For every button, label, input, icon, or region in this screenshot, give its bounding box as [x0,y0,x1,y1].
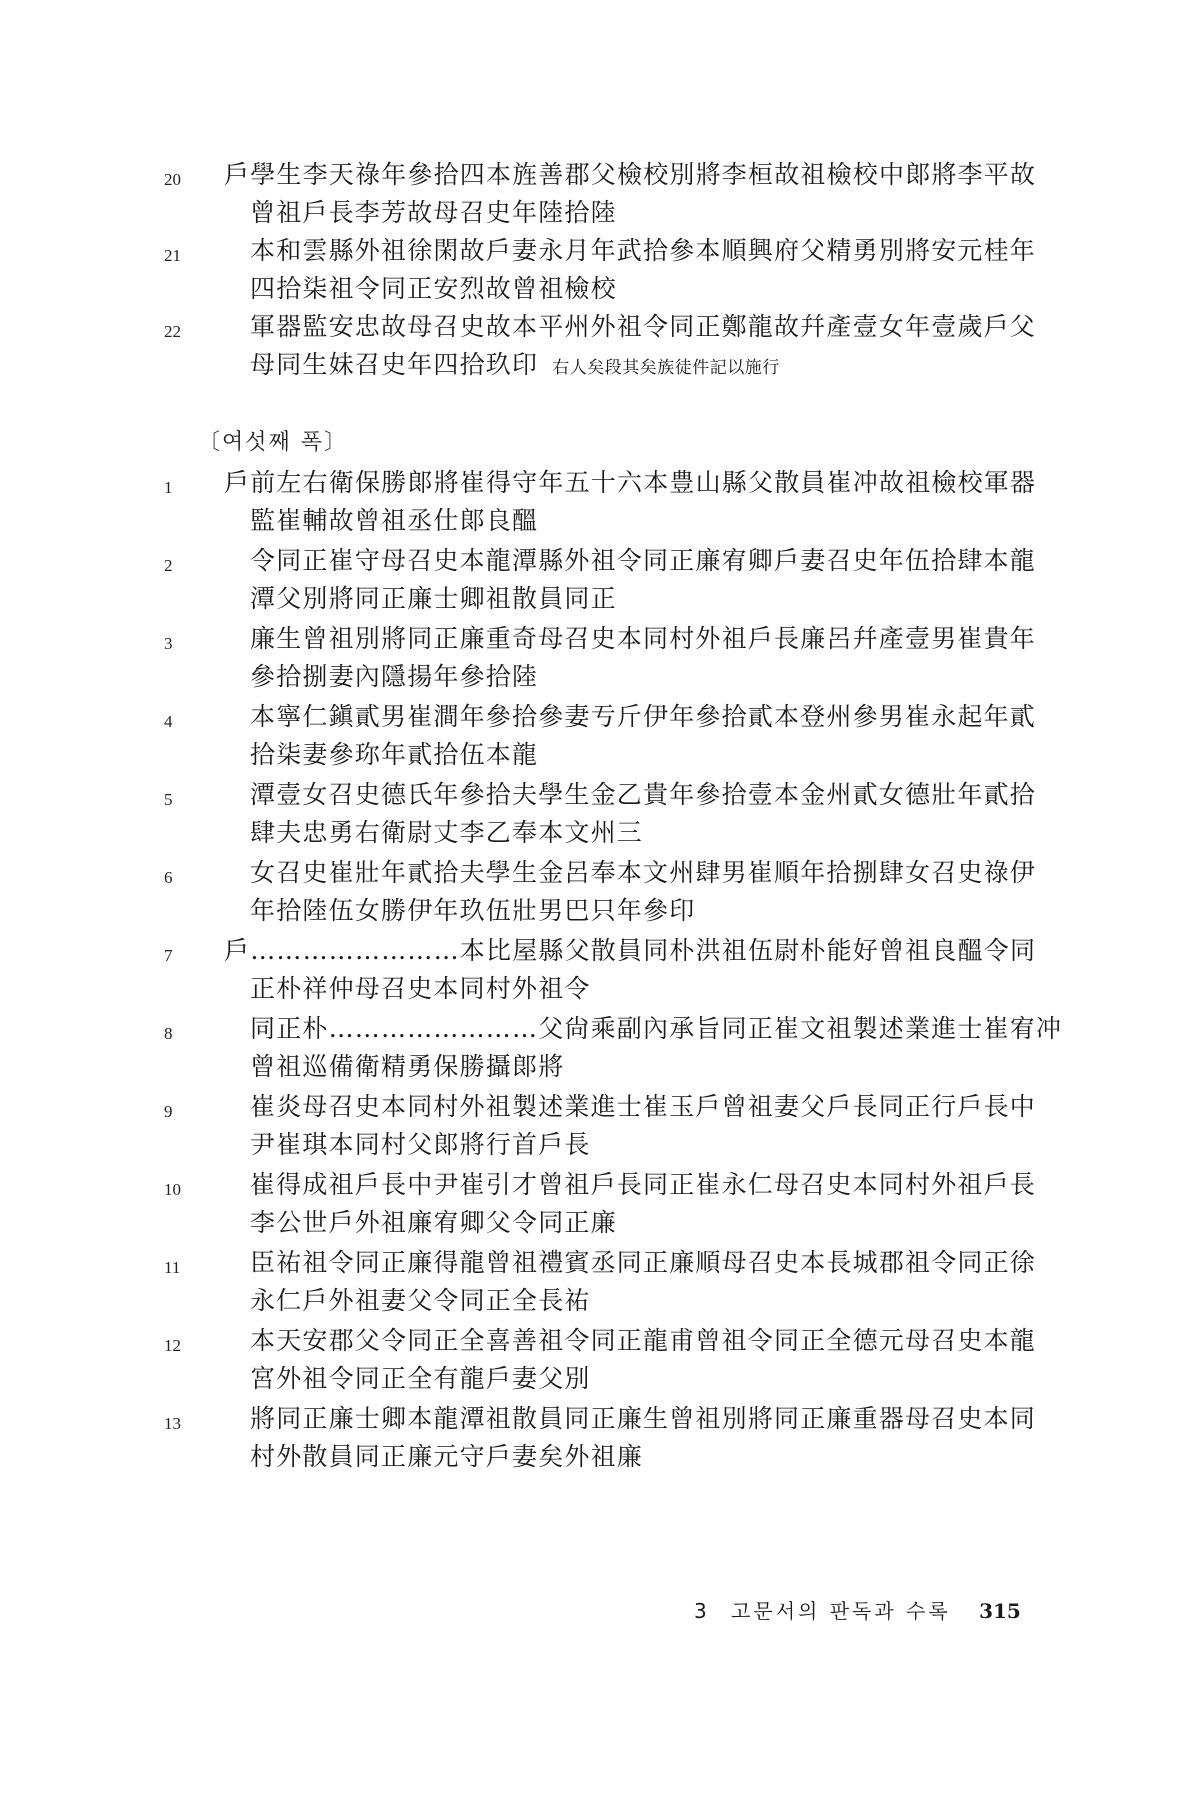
entry-line-2: 肆夫忠勇右衛尉丈李乙奉本文州三 [250,818,643,848]
chapter-number: 3 [694,1599,707,1623]
line-number: 8 [164,1024,204,1044]
entry-line-2: 李公世戶外祖廉宥卿父令同正廉 [250,1208,617,1238]
entry-text: 母同生妹召史年四拾玖印 [250,350,538,379]
entry-line-1: 臣祐祖令同正廉得龍曾祖禮賓丞同正廉順母召史本長城郡祖令同正徐 [250,1248,1036,1278]
line-number: 4 [164,712,204,732]
line-number: 20 [164,170,204,190]
entry-line-2: 母同生妹召史年四拾玖印右人矣段其矣族徒件記以施行 [250,350,780,383]
line-number: 5 [164,790,204,810]
line-number: 1 [164,478,204,498]
entry-line-1: 本天安郡父令同正全喜善祖令同正龍甫曾祖令同正全德元母召史本龍 [250,1326,1036,1356]
entry-line-1: 戶……………………本比屋縣父散員同朴洪祖伍尉朴能好曾祖良醞令同 [224,936,1036,966]
entry-line-2: 參拾捌妻內隱揚年參拾陸 [250,662,538,692]
entry-line-1: 令同正崔守母召史本龍潭縣外祖令同正廉宥卿戶妻召史年伍拾肆本龍 [250,546,1036,576]
line-number: 21 [164,246,204,266]
line-number: 7 [164,946,204,966]
page-number: 315 [979,1599,1021,1623]
entry-line-1: 潭壹女召史德氏年參拾夫學生金乙貴年參拾壹本金州貳女德壯年貳拾 [250,780,1036,810]
entry-line-2: 年拾陸伍女勝伊年玖伍壯男巴只年參印 [250,896,695,926]
entry-line-2: 拾柒妻參珎年貳拾伍本龍 [250,740,538,770]
line-number: 10 [164,1180,204,1200]
entry-line-2: 村外散員同正廉元守戶妻矣外祖廉 [250,1442,643,1472]
entry-line-1: 廉生曾祖別將同正廉重奇母召史本同村外祖戶長廉呂幷產壹男崔貴年 [250,624,1036,654]
section-heading: 〔여섯째 폭〕 [198,425,348,456]
document-page: 20 戶學生李天祿年參拾四本旌善郡父檢校別將李桓故祖檢校中郞將李平故 曾祖戶長李… [0,0,1200,1800]
entry-line-1: 崔炎母召史本同村外祖製述業進士崔玉戶曾祖妻父戶長同正行戶長中 [250,1092,1036,1122]
entry-line-1: 軍器監安忠故母召史故本平州外祖令同正鄭龍故幷產壹女年壹歲戶父 [250,312,1036,342]
line-number: 9 [164,1102,204,1122]
line-number: 3 [164,634,204,654]
line-number: 13 [164,1414,204,1434]
line-number: 6 [164,868,204,888]
entry-line-2: 潭父別將同正廉士卿祖散員同正 [250,584,617,614]
entry-line-1: 本和雲縣外祖徐閑故戶妻永月年武拾參本順興府父精勇別將安元桂年 [250,236,1036,266]
entry-line-1: 同正朴……………………父尙乘副內承旨同正崔文祖製述業進士崔宥冲 [250,1014,1062,1044]
entry-line-1: 戶前左右衛保勝郞將崔得守年五十六本豊山縣父散員崔冲故祖檢校軍器 [224,468,1036,498]
entry-line-2: 永仁戶外祖妻父令同正全長祐 [250,1286,591,1316]
running-title: 고문서의 판독과 수록 [731,1599,951,1623]
entry-line-1: 本寧仁鎭貳男崔澗年參拾參妻亐斤伊年參拾貳本登州參男崔永起年貳 [250,702,1036,732]
line-number: 12 [164,1336,204,1356]
entry-line-2: 宮外祖令同正全有龍戶妻父別 [250,1364,591,1394]
entry-line-2: 尹崔琪本同村父郞將行首戶長 [250,1130,591,1160]
line-number: 2 [164,556,204,576]
page-footer: 3 고문서의 판독과 수록 315 [694,1595,1021,1624]
entry-line-2: 正朴祥仲母召史本同村外祖令 [250,974,591,1004]
entry-line-2: 四拾柒祖令同正安烈故曾祖檢校 [250,274,617,304]
annotation-note: 右人矣段其矣族徒件記以施行 [552,358,780,378]
entry-line-1: 崔得成祖戶長中尹崔引才曾祖戶長同正崔永仁母召史本同村外祖戶長 [250,1170,1036,1200]
entry-line-1: 將同正廉士卿本龍潭祖散員同正廉生曾祖別將同正廉重器母召史本同 [250,1404,1036,1434]
entry-line-1: 戶學生李天祿年參拾四本旌善郡父檢校別將李桓故祖檢校中郞將李平故 [224,160,1036,190]
entry-line-1: 女召史崔壯年貳拾夫學生金呂奉本文州肆男崔順年拾捌肆女召史祿伊 [250,858,1036,888]
line-number: 11 [164,1258,204,1278]
entry-line-2: 曾祖戶長李芳故母召史年陸拾陸 [250,198,617,228]
entry-line-2: 曾祖巡備衛精勇保勝攝郞將 [250,1052,564,1082]
entry-line-2: 監崔輔故曾祖丞仕郞良醞 [250,506,538,536]
line-number: 22 [164,322,204,342]
